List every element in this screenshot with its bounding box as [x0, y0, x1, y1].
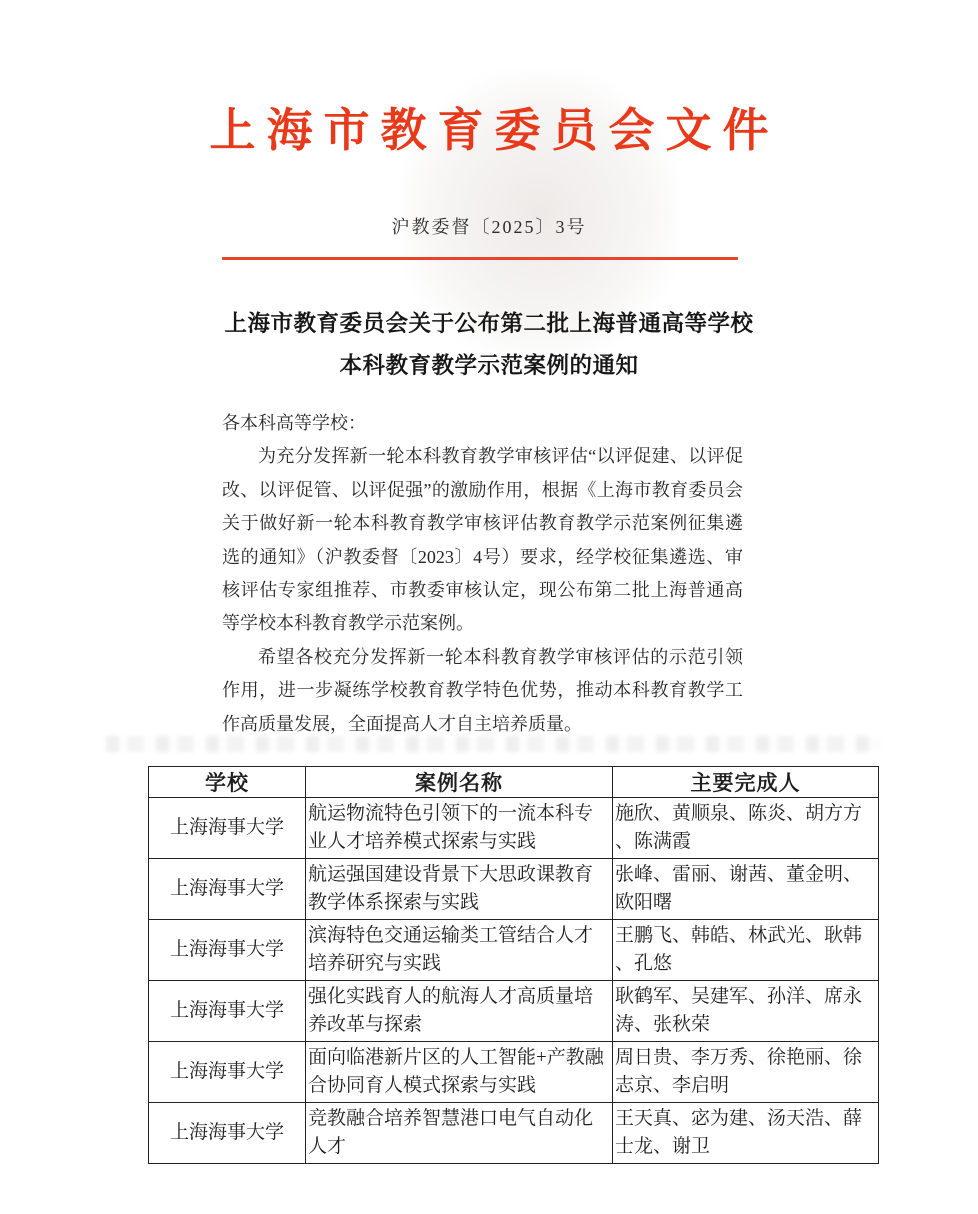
letterhead-title: 上海市教育委员会文件 — [0, 94, 978, 160]
contributors-cell: 张峰、雷丽、谢茜、董金明、欧阳曙 — [613, 859, 879, 920]
document-page: 上海市教育委员会文件 沪教委督〔2025〕3号 上海市教育委员会关于公布第二批上… — [0, 0, 978, 1214]
red-divider-rule — [222, 257, 738, 260]
table-row: 上海海事大学 面向临港新片区的人工智能+产教融合协同育人模式探索与实践 周日贵、… — [149, 1042, 879, 1103]
col-header-school: 学校 — [149, 767, 306, 798]
col-header-contributors: 主要完成人 — [613, 767, 879, 798]
paragraph-1: 为充分发挥新一轮本科教育教学审核评估“以评促建、以评促改、以评促管、以评促强”的… — [222, 440, 743, 640]
case-table-header: 学校 案例名称 主要完成人 — [149, 767, 879, 798]
notice-title-line1: 上海市教育委员会关于公布第二批上海普通高等学校 — [0, 303, 978, 345]
notice-title-line2: 本科教育教学示范案例的通知 — [0, 345, 978, 387]
school-cell: 上海海事大学 — [149, 920, 306, 981]
table-row: 上海海事大学 竞教融合培养智慧港口电气自动化人才 王天真、宓为建、汤天浩、薛士龙… — [149, 1103, 879, 1164]
notice-body: 各本科高等学校： 为充分发挥新一轮本科教育教学审核评估“以评促建、以评促改、以评… — [222, 407, 743, 741]
table-row: 上海海事大学 航运物流特色引领下的一流本科专业人才培养模式探索与实践 施欣、黄顺… — [149, 798, 879, 859]
notice-title: 上海市教育委员会关于公布第二批上海普通高等学校 本科教育教学示范案例的通知 — [0, 303, 978, 387]
table-row: 上海海事大学 航运强国建设背景下大思政课教育教学体系探索与实践 张峰、雷丽、谢茜… — [149, 859, 879, 920]
col-header-case-name: 案例名称 — [306, 767, 613, 798]
contributors-cell: 耿鹤军、吴建军、孙洋、席永涛、张秋荣 — [613, 981, 879, 1042]
case-name-cell: 航运物流特色引领下的一流本科专业人才培养模式探索与实践 — [306, 798, 613, 859]
case-name-cell: 竞教融合培养智慧港口电气自动化人才 — [306, 1103, 613, 1164]
school-cell: 上海海事大学 — [149, 981, 306, 1042]
header-row: 学校 案例名称 主要完成人 — [149, 767, 879, 798]
contributors-cell: 周日贵、李万秀、徐艳丽、徐志京、李启明 — [613, 1042, 879, 1103]
school-cell: 上海海事大学 — [149, 1042, 306, 1103]
contributors-cell: 施欣、黄顺泉、陈炎、胡方方、陈满霞 — [613, 798, 879, 859]
school-cell: 上海海事大学 — [149, 859, 306, 920]
school-cell: 上海海事大学 — [149, 798, 306, 859]
paragraph-2: 希望各校充分发挥新一轮本科教育教学审核评估的示范引领作用，进一步凝练学校教育教学… — [222, 641, 743, 741]
table-row: 上海海事大学 滨海特色交通运输类工管结合人才培养研究与实践 王鹏飞、韩皓、林武光… — [149, 920, 879, 981]
contributors-cell: 王鹏飞、韩皓、林武光、耿韩、孔悠 — [613, 920, 879, 981]
case-table: 学校 案例名称 主要完成人 上海海事大学 航运物流特色引领下的一流本科专业人才培… — [148, 766, 879, 1164]
case-name-cell: 滨海特色交通运输类工管结合人才培养研究与实践 — [306, 920, 613, 981]
salutation: 各本科高等学校： — [222, 407, 743, 440]
table-row: 上海海事大学 强化实践育人的航海人才高质量培养改革与探索 耿鹤军、吴建军、孙洋、… — [149, 981, 879, 1042]
doc-number: 沪教委督〔2025〕3号 — [0, 213, 978, 239]
case-name-cell: 强化实践育人的航海人才高质量培养改革与探索 — [306, 981, 613, 1042]
case-name-cell: 航运强国建设背景下大思政课教育教学体系探索与实践 — [306, 859, 613, 920]
contributors-cell: 王天真、宓为建、汤天浩、薛士龙、谢卫 — [613, 1103, 879, 1164]
school-cell: 上海海事大学 — [149, 1103, 306, 1164]
case-table-body: 上海海事大学 航运物流特色引领下的一流本科专业人才培养模式探索与实践 施欣、黄顺… — [149, 798, 879, 1164]
case-name-cell: 面向临港新片区的人工智能+产教融合协同育人模式探索与实践 — [306, 1042, 613, 1103]
